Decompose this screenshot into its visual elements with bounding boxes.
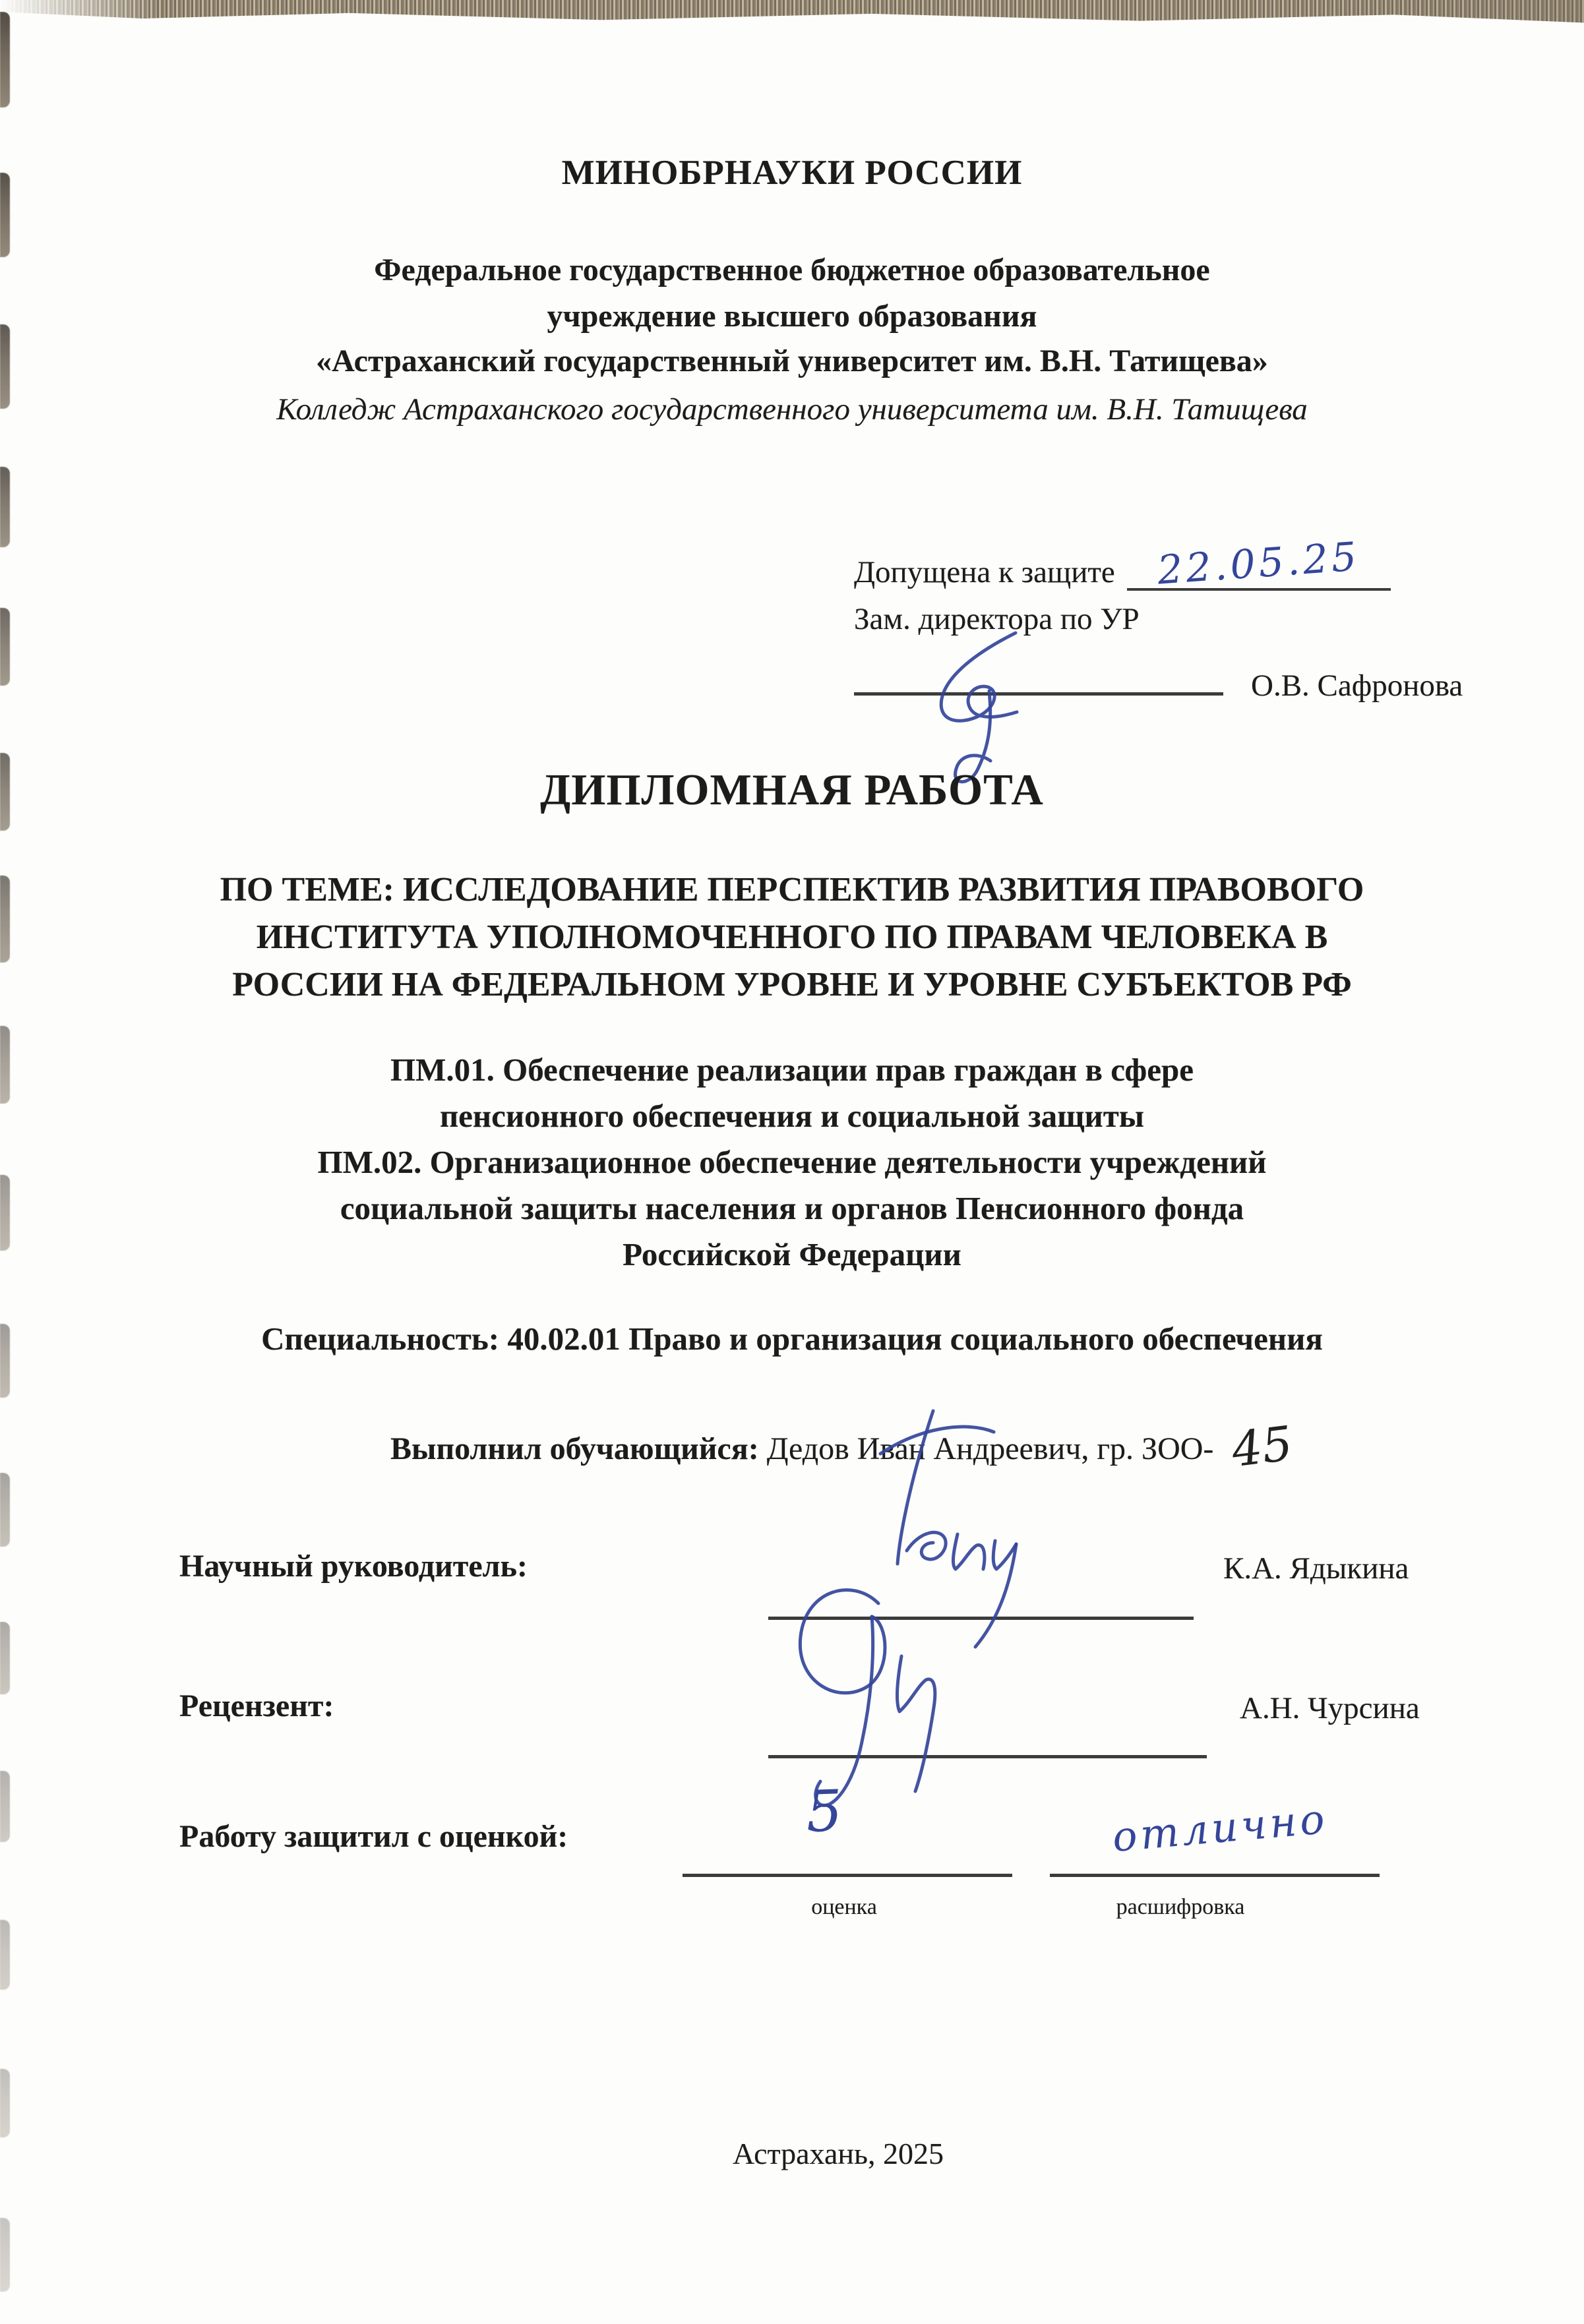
- institution-line-1: Федеральное государственное бюджетное об…: [0, 252, 1584, 288]
- admitted-date-line: 22.05.25: [1127, 546, 1391, 591]
- institution-line-2: учреждение высшего образования: [0, 298, 1584, 334]
- admitted-date-handwritten: 22.05.25: [1156, 533, 1361, 593]
- grade-handwritten: 5: [757, 1777, 891, 1847]
- binder-ring-mark: [0, 467, 10, 547]
- specialty-label: Специальность:: [261, 1321, 499, 1357]
- module1-line-1: ПМ.01. Обеспечение реализации прав гражд…: [0, 1051, 1584, 1088]
- binder-ring-mark: [0, 1771, 10, 1842]
- institution-line-3: «Астраханский государственный университе…: [0, 343, 1584, 379]
- student-group-number-handwritten: 45: [1229, 1415, 1296, 1478]
- student-label: Выполнил обучающийся:: [390, 1431, 759, 1466]
- topic-line-3: РОССИИ НА ФЕДЕРАЛЬНОМ УРОВНЕ И УРОВНЕ СУ…: [0, 965, 1584, 1004]
- module1-line-2: пенсионного обеспечения и социальной защ…: [0, 1097, 1584, 1135]
- supervisor-name: К.А. Ядыкина: [1223, 1551, 1409, 1586]
- ministry-line: МИНОБРНАУКИ РОССИИ: [0, 153, 1584, 193]
- binder-ring-mark: [0, 2218, 10, 2292]
- admitted-label: Допущена к защите: [854, 554, 1115, 590]
- grade-caption: оценка: [765, 1895, 923, 1920]
- word-caption: расшифровка: [1088, 1895, 1273, 1920]
- college-line: Колледж Астраханского государственного у…: [0, 392, 1584, 427]
- reviewer-name: А.Н. Чурсина: [1240, 1690, 1420, 1726]
- work-type-title: ДИПЛОМНАЯ РАБОТА: [0, 765, 1584, 816]
- topic-line-1: ПО ТЕМЕ: ИССЛЕДОВАНИЕ ПЕРСПЕКТИВ РАЗВИТИ…: [0, 870, 1584, 909]
- approver-name: О.В. Сафронова: [1251, 668, 1463, 703]
- binder-ring-mark: [0, 2069, 10, 2137]
- binder-ring-mark: [0, 12, 10, 107]
- student-line: Выполнил обучающийся: Дедов Иван Андреев…: [0, 1415, 1584, 1470]
- binder-ring-mark: [0, 608, 10, 686]
- city-year-line: Астрахань, 2025: [0, 2136, 1584, 2171]
- specialty-line: Специальность: 40.02.01 Право и организа…: [0, 1320, 1584, 1357]
- module2-line-2: социальной защиты населения и органов Пе…: [0, 1189, 1584, 1227]
- reviewer-label: Рецензент:: [179, 1688, 334, 1724]
- module2-line-1: ПМ.02. Организационное обеспечение деяте…: [0, 1143, 1584, 1181]
- defense-label: Работу защитил с оценкой:: [179, 1818, 568, 1855]
- binder-ring-mark: [0, 1473, 10, 1547]
- topic-line-2: ИНСТИТУТА УПОЛНОМОЧЕННОГО ПО ПРАВАМ ЧЕЛО…: [0, 918, 1584, 957]
- supervisor-label: Научный руководитель:: [179, 1548, 528, 1584]
- module2-line-3: Российской Федерации: [0, 1236, 1584, 1273]
- specialty-value: 40.02.01 Право и организация социального…: [507, 1321, 1322, 1357]
- scan-edge-artifact-top: [0, 0, 1584, 24]
- binder-ring-mark: [0, 1920, 10, 1990]
- binder-ring-mark: [0, 1622, 10, 1694]
- scanned-title-page: МИНОБРНАУКИ РОССИИ Федеральное государст…: [0, 0, 1584, 2324]
